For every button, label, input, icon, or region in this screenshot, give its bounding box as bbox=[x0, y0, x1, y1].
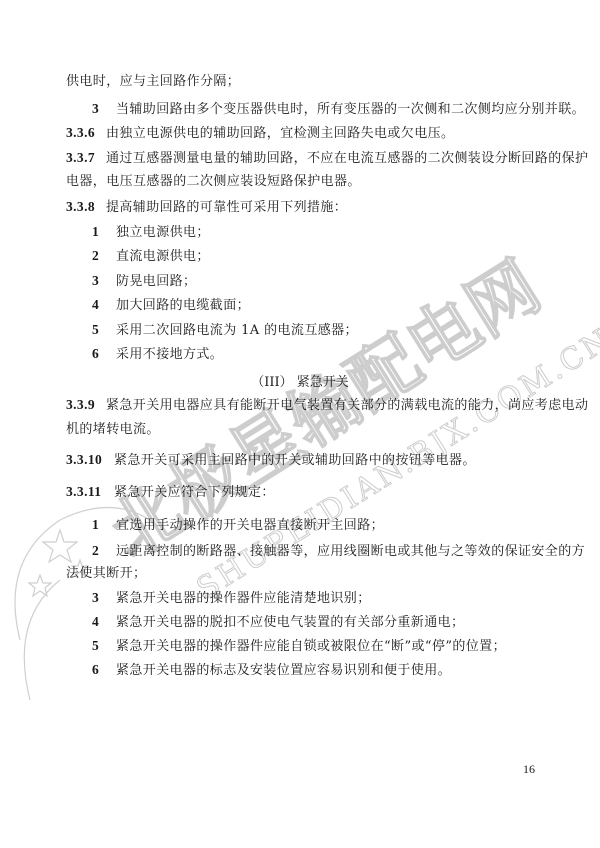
list-item: 3当辅助回路由多个变压器供电时，所有变压器的一次侧和二次侧均应分别并联。 bbox=[92, 101, 585, 118]
text-line: 供电时，应与主回路作分隔； bbox=[66, 74, 240, 90]
clause-3-3-7: 3.3.7通过互感器测量电量的辅助回路，不应在电流互感器的二次侧装设分断回路的保… bbox=[66, 150, 588, 167]
list-item: 5紧急开关电器的操作器件应能自锁或被限位在“断”或“停”的位置； bbox=[92, 638, 506, 655]
list-item: 2远距离控制的断路器、接触器等，应用线圈断电或其他与之等效的保证安全的方 bbox=[92, 543, 585, 560]
page-number: 16 bbox=[523, 762, 535, 777]
list-item: 1独立电源供电； bbox=[92, 224, 210, 241]
list-item: 2直流电源供电； bbox=[92, 248, 210, 265]
clause-3-3-6: 3.3.6由独立电源供电的辅助回路，宜检测主回路失电或欠电压。 bbox=[66, 125, 454, 142]
clause-3-3-9: 3.3.9紧急开关用电器应具有能断开电气装置有关部分的满载电流的能力，尚应考虑电… bbox=[66, 397, 588, 414]
list-item: 4加大回路的电缆截面； bbox=[92, 297, 250, 314]
list-item: 6紧急开关电器的标志及安装位置应容易识别和便于使用。 bbox=[92, 662, 451, 679]
clause-3-3-10: 3.3.10紧急开关可采用主回路中的开关或辅助回路中的按钮等电器。 bbox=[66, 452, 476, 469]
clause-3-3-8: 3.3.8提高辅助回路的可靠性可采用下列措施： bbox=[66, 199, 347, 216]
clause-3-3-11: 3.3.11紧急开关应符合下列规定： bbox=[66, 484, 275, 501]
section-heading: （III） 紧急开关 bbox=[0, 371, 600, 390]
list-item: 1宜选用手动操作的开关电器直接断开主回路； bbox=[92, 517, 384, 534]
text-line: 机的堵转电流。 bbox=[66, 422, 160, 438]
text-line: 法使其断开； bbox=[66, 566, 146, 582]
list-item: 6采用不接地方式。 bbox=[92, 346, 223, 363]
list-item: 4紧急开关电器的脱扣不应使电气装置的有关部分重新通电； bbox=[92, 614, 464, 631]
list-item: 5采用二次回路电流为 1A 的电流互感器； bbox=[92, 322, 358, 339]
list-item: 3防晃电回路； bbox=[92, 273, 196, 290]
list-item: 3紧急开关电器的操作器件应能清楚地识别； bbox=[92, 590, 371, 607]
text-line: 电器，电压互感器的二次侧应装设短路保护电器。 bbox=[66, 174, 361, 190]
